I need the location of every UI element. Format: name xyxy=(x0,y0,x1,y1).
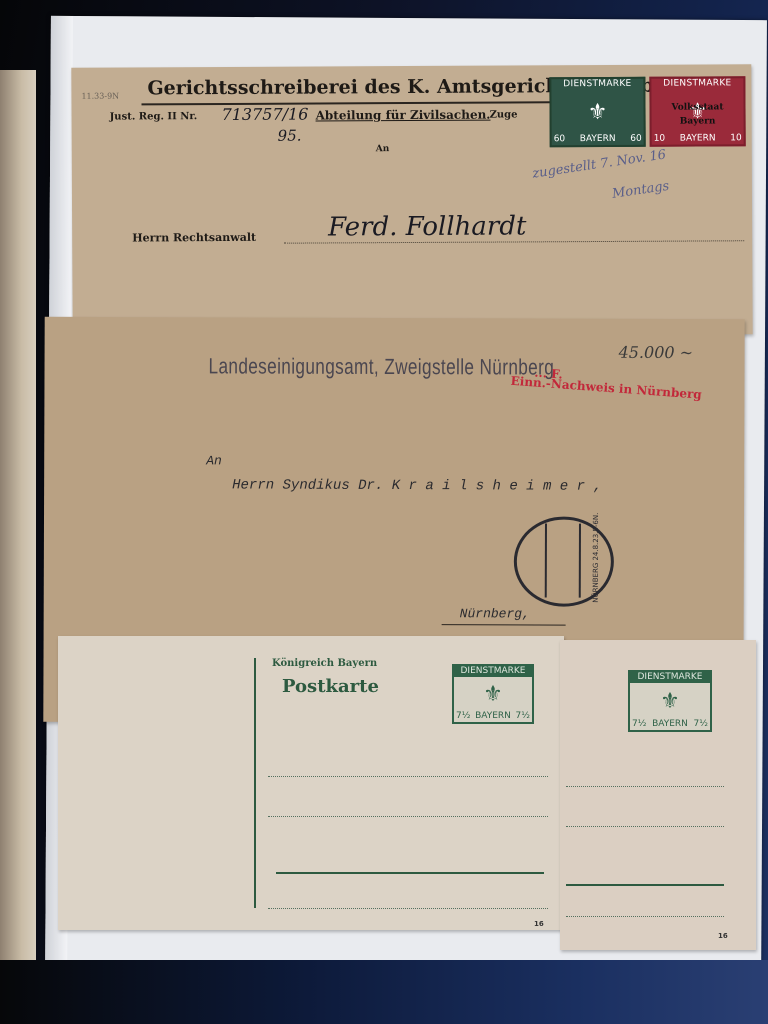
print-number: 16 xyxy=(534,920,544,928)
recipient-name-handwritten: Ferd. Follhardt xyxy=(328,211,526,242)
stamp-country: BAYERN xyxy=(680,133,716,144)
stamp-bottom: 7½ BAYERN 7½ xyxy=(454,711,532,722)
imprinted-stamp: DIENSTMARKE ⚜ 7½ BAYERN 7½ xyxy=(628,670,712,732)
recipient-label: Herrn Rechtsanwalt xyxy=(132,231,256,245)
red-handstamp-line-2: Einn.-Nachweis in Nürnberg xyxy=(510,374,702,402)
sender-handstamp: Landeseinigungsamt, Zweigstelle Nürnberg xyxy=(208,353,554,380)
stamp-bottom: 60 BAYERN 60 xyxy=(552,134,644,145)
postmark-text: NÜRNBERG 24.8.23.5-6N. xyxy=(592,513,600,603)
stamp-value: 7½ xyxy=(632,719,646,730)
overprint-line-1: Volksstaat xyxy=(651,102,743,112)
address-line-solid xyxy=(566,884,724,886)
delivery-note-pencil-2: Montags xyxy=(611,179,670,202)
postcard-right: DIENSTMARKE ⚜ 7½ BAYERN 7½ 16 xyxy=(560,640,756,950)
stamp-bottom: 7½ BAYERN 7½ xyxy=(630,719,710,730)
background-blue-cloth xyxy=(0,960,768,1024)
city-underline xyxy=(442,624,566,625)
postmark-bar xyxy=(545,524,547,598)
stamp-value: 60 xyxy=(554,134,566,145)
adjacent-album-edge xyxy=(0,70,36,970)
recipient-typed: Herrn Syndikus Dr. K r a i l s h e i m e… xyxy=(232,477,602,494)
delivery-note-pencil: zugestellt 7. Nov. 16 xyxy=(531,147,667,181)
stamp-value: 10 xyxy=(654,134,666,145)
register-label: Just. Reg. II Nr. xyxy=(110,111,198,122)
stamp-country: BAYERN xyxy=(475,711,511,722)
postcard-divider xyxy=(254,658,256,908)
address-line xyxy=(268,776,548,777)
coat-of-arms-icon: ⚜ xyxy=(660,683,680,719)
stamp-top-text: DIENSTMARKE xyxy=(563,79,631,90)
address-line xyxy=(268,816,548,817)
coat-of-arms-icon: ⚜ xyxy=(561,90,635,134)
stamp-value: 10 xyxy=(730,133,742,144)
stamp-country: BAYERN xyxy=(652,719,688,730)
department-label: Abteilung für Zivilsachen. xyxy=(316,108,491,123)
pencil-amount: 45.000 ~ xyxy=(619,343,694,362)
address-line xyxy=(566,826,724,827)
print-number: 16 xyxy=(718,932,728,940)
stamp-10-red-overprint: DIENSTMARKE ⚜ Volksstaat Bayern 10 BAYER… xyxy=(649,76,745,147)
stamp-value: 7½ xyxy=(694,719,708,730)
address-line xyxy=(566,786,724,787)
address-line-solid xyxy=(276,872,544,874)
stamp-bottom: 10 BAYERN 10 xyxy=(652,133,744,144)
stamp-value: 7½ xyxy=(516,711,530,722)
address-line xyxy=(268,908,548,909)
stamp-value: 7½ xyxy=(456,711,470,722)
postcard-koenigreich-bayern: Königreich Bayern Postkarte DIENSTMARKE … xyxy=(58,636,564,930)
postmark-bar xyxy=(579,524,581,598)
overprint-line-2: Bayern xyxy=(652,116,744,126)
stamp-top-text: DIENSTMARKE xyxy=(630,672,710,683)
stamp-value: 60 xyxy=(630,134,642,145)
city-typed: Nürnberg, xyxy=(460,606,530,621)
to-label: An xyxy=(376,144,390,154)
department-trailing: Zuge xyxy=(490,109,518,120)
postcard-title: Postkarte xyxy=(282,676,379,697)
coat-of-arms-icon: ⚜ xyxy=(483,677,503,711)
kingdom-label: Königreich Bayern xyxy=(272,658,377,669)
address-line xyxy=(566,916,724,917)
stamp-top-text: DIENSTMARKE xyxy=(663,78,731,89)
to-label: An xyxy=(206,453,222,468)
register-sub-handwritten: 95. xyxy=(278,127,302,145)
register-number-handwritten: 713757/16 xyxy=(221,105,308,124)
stamp-top-text: DIENSTMARKE xyxy=(454,666,532,677)
circular-postmark: NÜRNBERG 24.8.23.5-6N. xyxy=(514,516,614,606)
cover-amtsgericht: Gerichtsschreiberei des K. Amtsgerichts … xyxy=(71,64,752,338)
postmark-fragment: 11.33-9N xyxy=(81,92,119,101)
header-rule xyxy=(141,101,551,105)
stamp-60-green: DIENSTMARKE ⚜ 60 BAYERN 60 xyxy=(549,77,645,148)
stamp-country: BAYERN xyxy=(580,134,616,145)
imprinted-stamp: DIENSTMARKE ⚜ 7½ BAYERN 7½ xyxy=(452,664,534,724)
